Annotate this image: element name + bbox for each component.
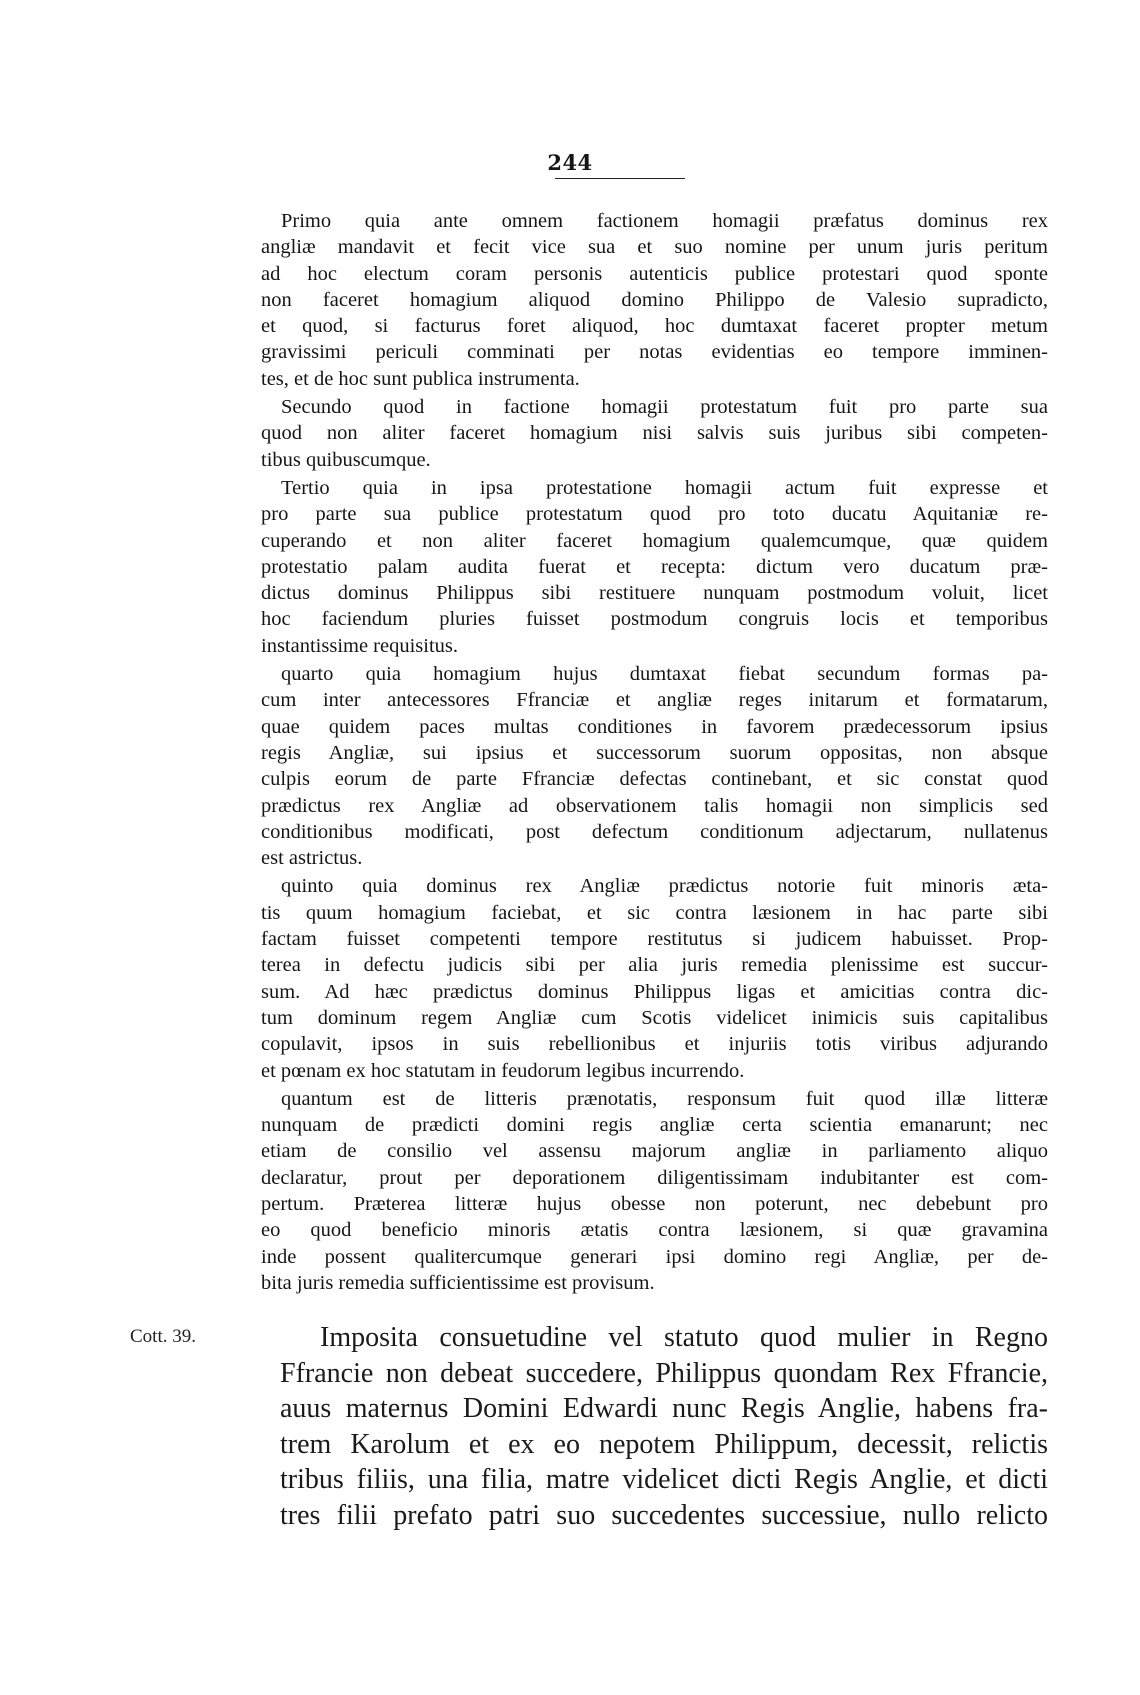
- text-line: dictus dominus Philippus sibi restituere…: [261, 580, 1048, 606]
- paragraph-tertio: Tertio quia in ipsa protestatione homagi…: [261, 475, 1048, 659]
- text-line: prædictus rex Angliæ ad observationem ta…: [261, 793, 1048, 819]
- text-line: Ffrancie non debeat succedere, Philippus…: [280, 1356, 1048, 1392]
- text-line: Secundo quod in factione homagii protest…: [261, 394, 1048, 420]
- text-line: eo quod beneficio minoris ætatis contra …: [261, 1217, 1048, 1243]
- text-line: quantum est de litteris prænotatis, resp…: [261, 1086, 1048, 1112]
- paragraph-quinto: quinto quia dominus rex Angliæ prædictus…: [261, 873, 1048, 1083]
- paragraph-primo: Primo quia ante omnem factionem homagii …: [261, 208, 1048, 392]
- text-line: tes, et de hoc sunt publica instrumenta.: [261, 366, 1048, 392]
- text-line: terea in defectu judicis sibi per alia j…: [261, 952, 1048, 978]
- text-line: et quod, si facturus foret aliquod, hoc …: [261, 313, 1048, 339]
- text-line: quarto quia homagium hujus dumtaxat fieb…: [261, 661, 1048, 687]
- text-line: regis Angliæ, sui ipsius et successorum …: [261, 740, 1048, 766]
- text-line: nunquam de prædicti domini regis angliæ …: [261, 1112, 1048, 1138]
- text-line: tres filii prefato patri suo succedentes…: [280, 1498, 1048, 1534]
- text-line: non faceret homagium aliquod domino Phil…: [261, 287, 1048, 313]
- text-line: angliæ mandavit et fecit vice sua et suo…: [261, 234, 1048, 260]
- text-line: Tertio quia in ipsa protestatione homagi…: [261, 475, 1048, 501]
- page-number-rule: [555, 178, 685, 179]
- text-line: copulavit, ipsos in suis rebellionibus e…: [261, 1031, 1048, 1057]
- text-line: bita juris remedia sufficientissime est …: [261, 1270, 1048, 1296]
- text-line: et pœnam ex hoc statutam in feudorum leg…: [261, 1058, 1048, 1084]
- text-line: hoc faciendum pluries fuisset postmodum …: [261, 606, 1048, 632]
- text-line: sum. Ad hæc prædictus dominus Philippus …: [261, 979, 1048, 1005]
- text-line: trem Karolum et ex eo nepotem Philippum,…: [280, 1427, 1048, 1463]
- text-line: Imposita consuetudine vel statuto quod m…: [280, 1320, 1048, 1356]
- text-line: Primo quia ante omnem factionem homagii …: [261, 208, 1048, 234]
- cotton-excerpt-block: Imposita consuetudine vel statuto quod m…: [280, 1320, 1048, 1533]
- text-line: tis quum homagium faciebat, et sic contr…: [261, 900, 1048, 926]
- text-line: cum inter antecessores Ffranciæ et angli…: [261, 687, 1048, 713]
- text-line: est astrictus.: [261, 845, 1048, 871]
- text-line: cuperando et non aliter faceret homagium…: [261, 528, 1048, 554]
- paragraph-quarto: quarto quia homagium hujus dumtaxat fieb…: [261, 661, 1048, 871]
- text-line: tum dominum regem Angliæ cum Scotis vide…: [261, 1005, 1048, 1031]
- text-line: instantissime requisitus.: [261, 633, 1048, 659]
- text-line: quod non aliter faceret homagium nisi sa…: [261, 420, 1048, 446]
- text-line: inde possent qualitercumque generari ips…: [261, 1244, 1048, 1270]
- paragraph-quantum: quantum est de litteris prænotatis, resp…: [261, 1086, 1048, 1296]
- text-line: tribus filiis, una filia, matre videlice…: [280, 1462, 1048, 1498]
- text-line: factam fuisset competenti tempore restit…: [261, 926, 1048, 952]
- text-line: protestatio palam audita fuerat et recep…: [261, 554, 1048, 580]
- text-line: tibus quibuscumque.: [261, 447, 1048, 473]
- text-line: quae quidem paces multas conditiones in …: [261, 714, 1048, 740]
- text-line: conditionibus modificati, post defectum …: [261, 819, 1048, 845]
- main-text-block: Primo quia ante omnem factionem homagii …: [261, 208, 1048, 1296]
- text-line: culpis eorum de parte Ffranciæ defectas …: [261, 766, 1048, 792]
- text-line: etiam de consilio vel assensu majorum an…: [261, 1138, 1048, 1164]
- page-number: 244: [0, 150, 1140, 175]
- text-line: auus maternus Domini Edwardi nunc Regis …: [280, 1391, 1048, 1427]
- paragraph-secundo: Secundo quod in factione homagii protest…: [261, 394, 1048, 473]
- text-line: pro parte sua publice protestatum quod p…: [261, 501, 1048, 527]
- margin-note-cott: Cott. 39.: [130, 1326, 196, 1348]
- text-line: declaratur, prout per deporationem dilig…: [261, 1165, 1048, 1191]
- text-line: quinto quia dominus rex Angliæ prædictus…: [261, 873, 1048, 899]
- text-line: gravissimi periculi comminati per notas …: [261, 339, 1048, 365]
- text-line: ad hoc electum coram personis autenticis…: [261, 261, 1048, 287]
- text-line: pertum. Præterea litteræ hujus obesse no…: [261, 1191, 1048, 1217]
